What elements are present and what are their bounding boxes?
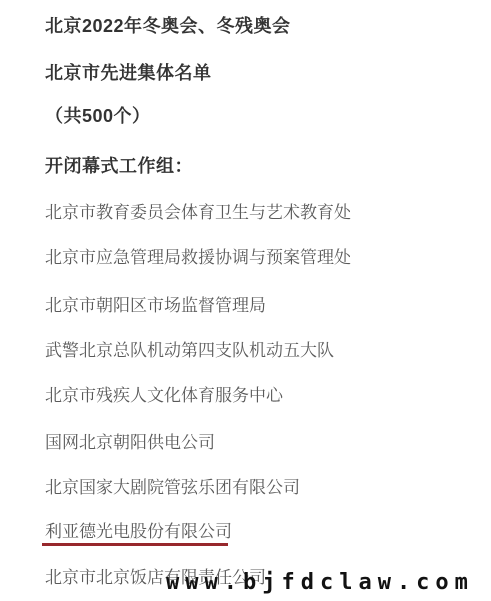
watermark: www.bjfdclaw.com <box>166 570 474 595</box>
highlighted-company-name: 利亚德光电股份有限公司 <box>45 522 232 541</box>
page-title-line1: 北京2022年冬奥会、冬残奥会 <box>45 12 291 38</box>
section-heading: 开闭幕式工作组： <box>45 152 193 178</box>
red-underline <box>42 543 228 546</box>
list-item: 北京国家大剧院管弦乐团有限公司 <box>45 473 300 498</box>
list-item: 北京市残疾人文化体育服务中心 <box>45 381 283 406</box>
list-item: 北京市应急管理局救援协调与预案管理处 <box>45 243 351 268</box>
document-page: 北京2022年冬奥会、冬残奥会 北京市先进集体名单 （共500个） 开闭幕式工作… <box>0 0 491 601</box>
list-item-highlighted: 利亚德光电股份有限公司 <box>45 517 232 542</box>
list-item: 北京市教育委员会体育卫生与艺术教育处 <box>45 198 351 223</box>
list-item: 武警北京总队机动第四支队机动五大队 <box>45 336 334 361</box>
count-label: （共500个） <box>45 102 151 128</box>
list-item: 北京市朝阳区市场监督管理局 <box>45 291 266 316</box>
list-item: 国网北京朝阳供电公司 <box>45 428 215 453</box>
page-title-line2: 北京市先进集体名单 <box>45 59 212 85</box>
